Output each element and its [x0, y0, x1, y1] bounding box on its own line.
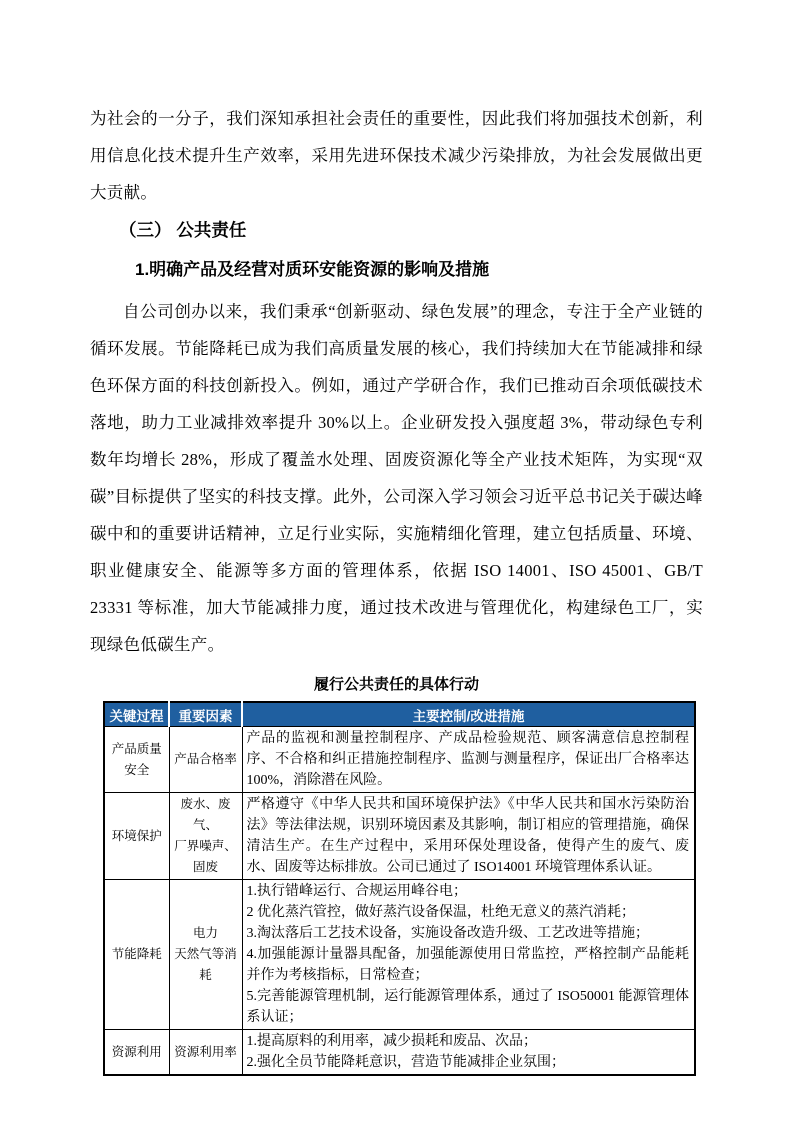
header-important-factor: 重要因素 [169, 702, 242, 727]
paragraph-continuation: 为社会的一分子，我们深知承担社会责任的重要性，因此我们将加强技术创新，利用信息化… [90, 100, 703, 211]
section-heading: （三） 公共责任 [90, 215, 703, 246]
table-row: 节能降耗 电力 天然气等消耗 1.执行错峰运行、合规运用峰谷电； 2 优化蒸汽管… [104, 880, 695, 1030]
cell-factor: 电力 天然气等消耗 [169, 880, 242, 1030]
table-title: 履行公共责任的具体行动 [90, 676, 703, 694]
cell-measures: 1.提高原料的利用率，减少损耗和废品、次品； 2.强化全员节能降耗意识，营造节能… [242, 1030, 695, 1076]
document-page: 为社会的一分子，我们深知承担社会责任的重要性，因此我们将加强技术创新，利用信息化… [0, 0, 793, 1122]
cell-process: 资源利用 [104, 1030, 169, 1076]
table-row: 产品质量 安全 产品合格率 产品的监视和测量控制程序、产成品检验规范、顾客满意信… [104, 727, 695, 793]
table-row: 资源利用 资源利用率 1.提高原料的利用率，减少损耗和废品、次品； 2.强化全员… [104, 1030, 695, 1076]
cell-measures: 严格遵守《中华人民共和国环境保护法》《中华人民共和国水污染防治法》等法律法规，识… [242, 793, 695, 880]
cell-process: 节能降耗 [104, 880, 169, 1030]
cell-factor: 产品合格率 [169, 727, 242, 793]
header-key-process: 关键过程 [104, 702, 169, 727]
public-responsibility-table: 关键过程 重要因素 主要控制/改进措施 产品质量 安全 产品合格率 产品的监视和… [103, 701, 696, 1076]
subsection-heading: 1.明确产品及经营对质环安能资源的影响及措施 [90, 254, 703, 285]
cell-process: 环境保护 [104, 793, 169, 880]
main-paragraph: 自公司创办以来，我们秉承“创新驱动、绿色发展”的理念，专注于全产业链的循环发展。… [90, 293, 703, 663]
table-row: 环境保护 废水、废气、 厂界噪声、 固废 严格遵守《中华人民共和国环境保护法》《… [104, 793, 695, 880]
table-header-row: 关键过程 重要因素 主要控制/改进措施 [104, 702, 695, 727]
cell-measures: 1.执行错峰运行、合规运用峰谷电； 2 优化蒸汽管控，做好蒸汽设备保温，杜绝无意… [242, 880, 695, 1030]
cell-factor: 废水、废气、 厂界噪声、 固废 [169, 793, 242, 880]
cell-factor: 资源利用率 [169, 1030, 242, 1076]
header-main-measures: 主要控制/改进措施 [242, 702, 695, 727]
cell-process: 产品质量 安全 [104, 727, 169, 793]
cell-measures: 产品的监视和测量控制程序、产成品检验规范、顾客满意信息控制程序、不合格和纠正措施… [242, 727, 695, 793]
